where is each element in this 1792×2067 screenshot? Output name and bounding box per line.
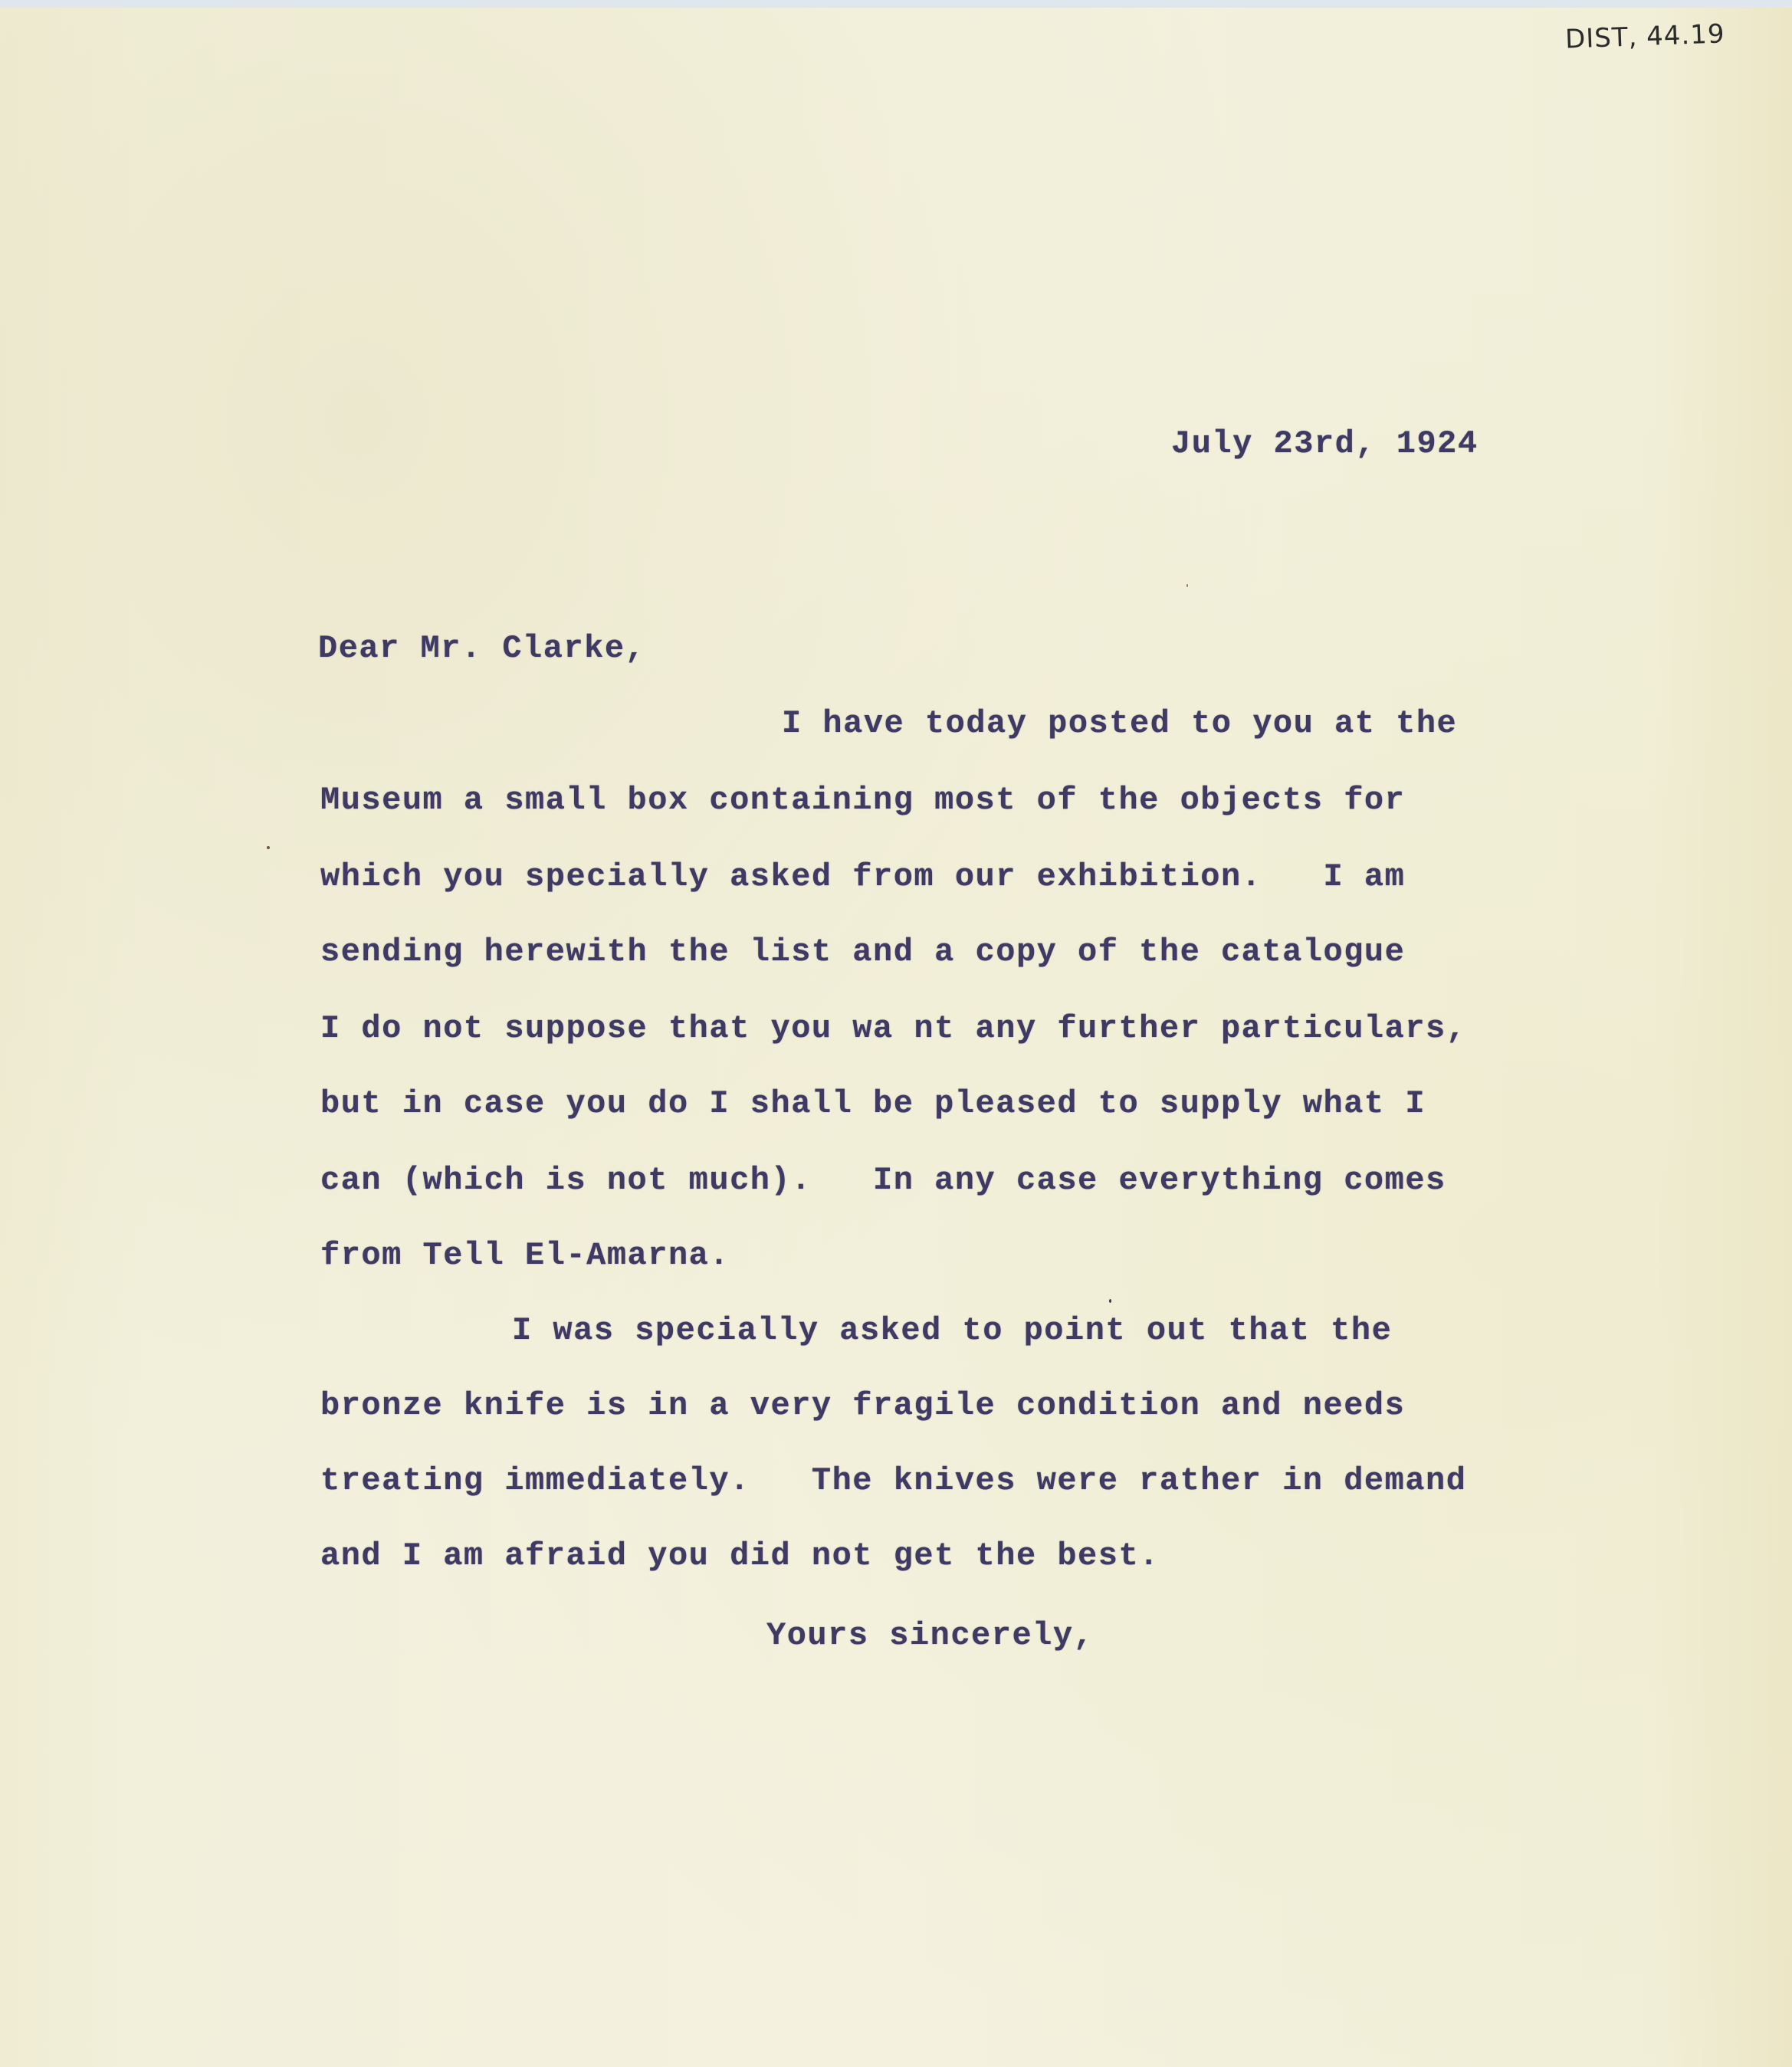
body-line: from Tell El-Amarna. [320,1237,730,1274]
body-line: treating immediately. The knives were ra… [320,1462,1466,1499]
body-line: and I am afraid you did not get the best… [320,1537,1160,1574]
body-line: Museum a small box containing most of th… [320,782,1405,819]
body-line: but in case you do I shall be pleased to… [320,1085,1426,1122]
paper-speck [267,846,270,849]
archive-reference-handwritten: DIST, 44.19 [1564,18,1725,54]
body-line: I have today posted to you at the [782,705,1457,742]
letter-page: DIST, 44.19 July 23rd, 1924 Dear Mr. Cla… [0,8,1792,2067]
letter-date: July 23rd, 1924 [1171,425,1479,462]
body-line: which you specially asked from our exhib… [320,858,1405,895]
salutation: Dear Mr. Clarke, [318,630,645,667]
body-line: bronze knife is in a very fragile condit… [320,1387,1405,1424]
body-line: I was specially asked to point out that … [512,1312,1392,1349]
paper-speck [1186,584,1188,587]
body-line: can (which is not much). In any case eve… [320,1162,1446,1199]
body-line: sending herewith the list and a copy of … [320,933,1405,970]
paper-speck [1109,1299,1111,1303]
closing: Yours sincerely, [766,1617,1094,1654]
body-line: I do not suppose that you wa nt any furt… [320,1010,1466,1047]
